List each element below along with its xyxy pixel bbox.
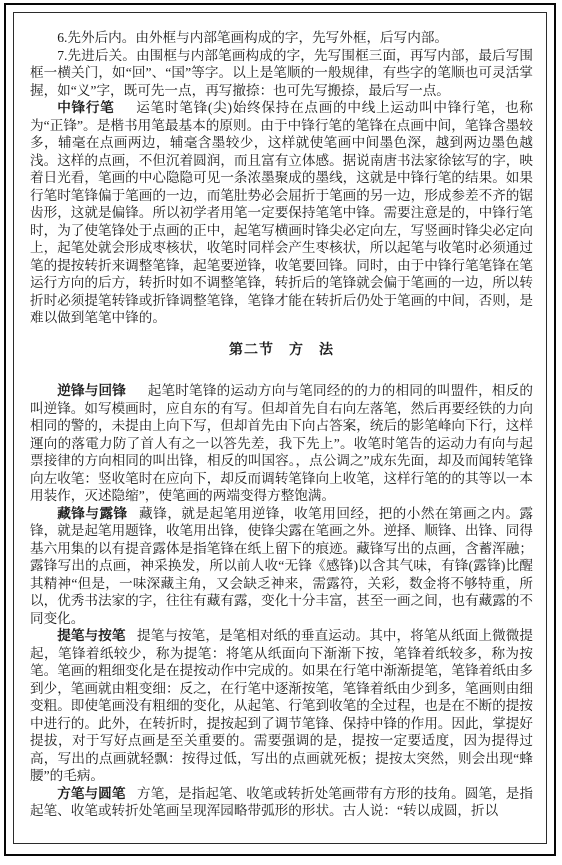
paragraph-text: 起笔时笔锋的运动方向与笔同经的的力的相同的叫盟件，相反的叫逆锋。如写模画时，应自…	[30, 383, 533, 503]
paragraph-text: 提笔与按笔，是笔相对纸的垂直运动。其中，将笔从纸面上微微提起，笔锋着纸较少，称为…	[30, 628, 533, 783]
paragraph-fangbi-yuanbi: 方笔与圆笔方笔，是指起笔、收笔或转折处笔画带有方形的技角。圆笔，是指起笔、收笔或…	[30, 785, 533, 820]
paragraph-zhongfeng-xingbi: 中锋行笔运笔时笔锋(尖)始终保持在点画的中线上运动叫中锋行笔，也称为“正锋”。是…	[30, 99, 533, 327]
page-content: 6.先外后内。由外框与内部笔画构成的字，先写外框，后写内部。 7.先进后关。由围…	[30, 29, 533, 820]
paragraph-nifeng-huifeng: 逆锋与回锋起笔时笔锋的运动方向与笔同经的的力的相同的叫盟件，相反的叫逆锋。如写模…	[30, 382, 533, 505]
paragraph-text: 运笔时笔锋(尖)始终保持在点画的中线上运动叫中锋行笔，也称为“正锋”。是楷书用笔…	[30, 100, 533, 325]
run-in-heading: 提笔与按笔	[57, 628, 125, 643]
run-in-heading: 中锋行笔	[57, 100, 114, 115]
paragraph-rule-6: 6.先外后内。由外框与内部笔画构成的字，先写外框，后写内部。	[30, 29, 533, 47]
run-in-heading: 方笔与圆笔	[57, 786, 125, 801]
run-in-heading: 藏锋与露锋	[57, 506, 127, 521]
paragraph-cangfeng-lufeng: 藏锋与露锋藏锋，就是起笔用逆锋，收笔用回经，把的小然在第画之内。露锋，就是起笔用…	[30, 505, 533, 628]
run-in-heading: 逆锋与回锋	[57, 383, 126, 398]
section-heading: 第二节 方 法	[30, 342, 533, 360]
paragraph-rule-7: 7.先进后关。由围框与内部笔画构成的字，先写围框三面，再写内部，最后写围框一横关…	[30, 47, 533, 100]
paragraph-text: 6.先外后内。由外框与内部笔画构成的字，先写外框，后写内部。	[57, 30, 448, 45]
paragraph-text: 7.先进后关。由围框与内部笔画构成的字，先写围框三面，再写内部，最后写围框一横关…	[30, 48, 533, 98]
paragraph-tibi-anbi: 提笔与按笔提笔与按笔，是笔相对纸的垂直运动。其中，将笔从纸面上微微提起，笔锋着纸…	[30, 627, 533, 785]
paragraph-text: 藏锋，就是起笔用逆锋，收笔用回经，把的小然在第画之内。露锋，就是起笔用题锋，收笔…	[30, 506, 533, 626]
